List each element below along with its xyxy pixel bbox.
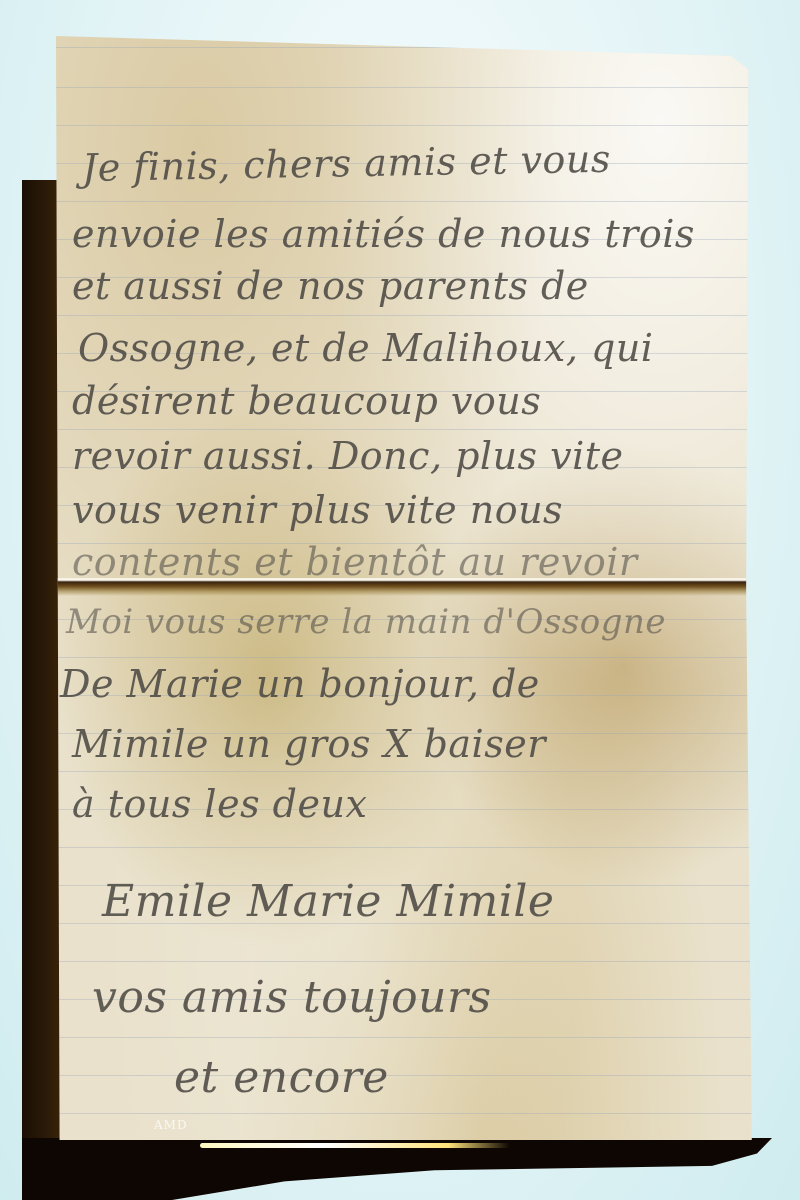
letter-line: Ossogne, et de Malihoux, qui — [78, 326, 653, 370]
table-shadow-left — [22, 180, 62, 1200]
letter-line: De Marie un bonjour, de — [60, 662, 540, 706]
letter-body: Je finis, chers amis et vous envoie les … — [56, 36, 766, 1140]
letter-line: et aussi de nos parents de — [72, 264, 589, 308]
letter-line: désirent beaucoup vous — [72, 379, 541, 423]
closing-line: et encore — [174, 1052, 389, 1103]
closing-line: vos amis toujours — [92, 972, 492, 1023]
embossed-stamp: AMD — [154, 1118, 188, 1132]
letter-line: vous venir plus vite nous — [72, 488, 563, 532]
letter-line: envoie les amitiés de nous trois — [72, 212, 695, 256]
letter-paper: Je finis, chers amis et vous envoie les … — [56, 36, 766, 1140]
letter-line: Je finis, chers amis et vous — [82, 137, 612, 190]
letter-line: Moi vous serre la main d'Ossogne — [66, 602, 666, 642]
letter-line: revoir aussi. Donc, plus vite — [72, 434, 624, 478]
letter-line: à tous les deux — [72, 782, 367, 826]
letter-line: Mimile un gros X baiser — [72, 722, 546, 766]
light-glint — [200, 1143, 510, 1148]
signature: Emile Marie Mimile — [102, 876, 554, 927]
letter-line: contents et bientôt au revoir — [72, 540, 638, 584]
